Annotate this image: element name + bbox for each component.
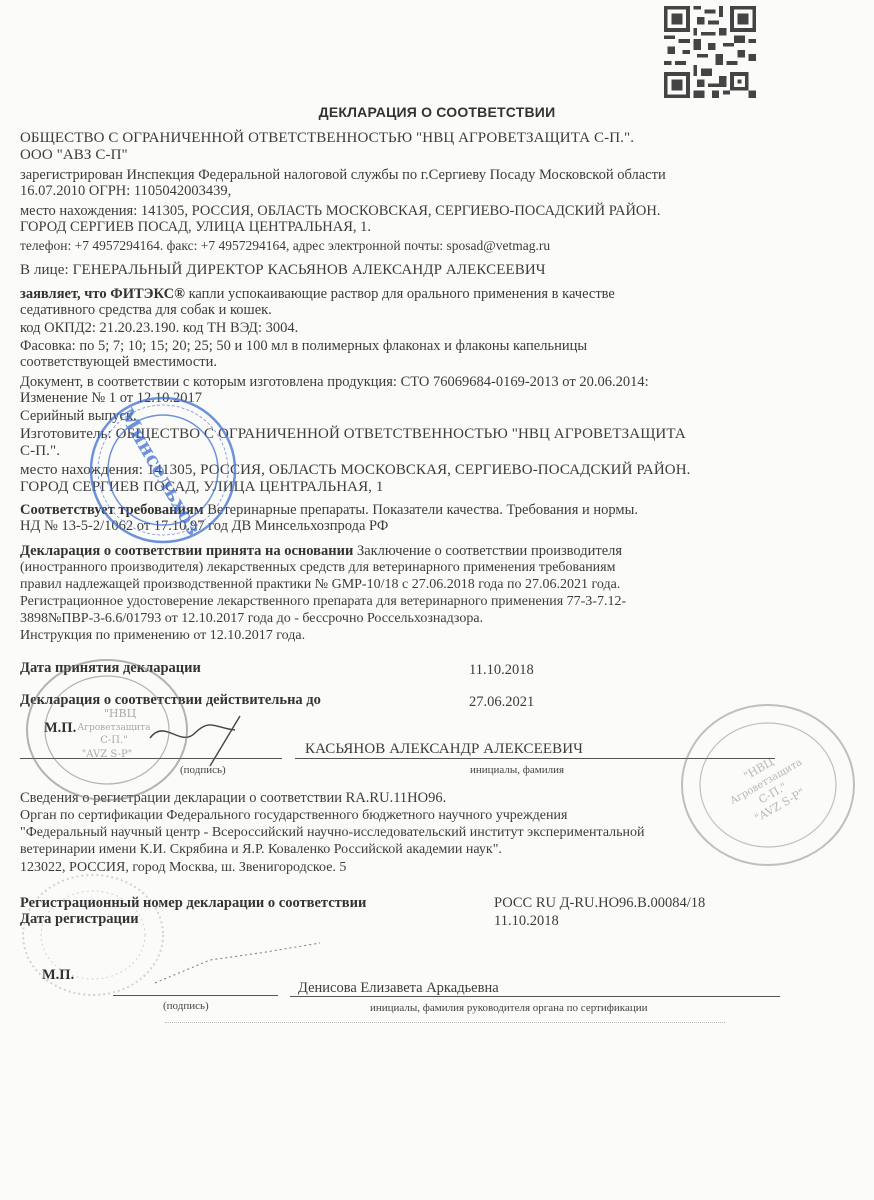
product-packaging: Фасовка: по 5; 7; 10; 15; 20; 25; 50 и 1… (20, 338, 587, 354)
conformity-basis-2: (иностранного производителя) лекарственн… (20, 560, 615, 576)
conformity-basis-5: 3898№ПВР-3-6.6/01793 от 12.10.2017 года … (20, 611, 483, 627)
product-codes: код ОКПД2: 21.20.23.190. код ТН ВЭД: 300… (20, 320, 298, 336)
conformity-basis: Декларация о соответствии принята на осн… (20, 543, 622, 559)
certifier-signature-caption: (подпись) (163, 998, 209, 1014)
certifier-name-caption: инициалы, фамилия руководителя органа по… (370, 1000, 647, 1016)
applicant-short-name: ООО "АВЗ С-П" (20, 147, 128, 163)
conformity-basis-3: правил надлежащей производственной практ… (20, 577, 620, 593)
product-purpose: седативного средства для собак и кошек. (20, 302, 272, 318)
applicant-address-cont: ГОРОД СЕРГИЕВ ПОСАД, УЛИЦА ЦЕНТРАЛЬНАЯ, … (20, 219, 371, 235)
registration-number-value: РОСС RU Д-RU.НО96.В.00084/18 (494, 895, 705, 911)
conformity-basis-4: Регистрационное удостоверение лекарствен… (20, 594, 626, 610)
conformity-basis-6: Инструкция по применению от 12.10.2017 г… (20, 628, 305, 644)
manufacturer-cont: С-П.". (20, 443, 60, 459)
blue-seal-stamp-icon: Минсельхоз (88, 395, 238, 545)
certification-body: Орган по сертификации Федерального госуд… (20, 808, 567, 824)
certifier-name-line (290, 996, 780, 997)
svg-text:"AVZ S-P": "AVZ S-P" (82, 749, 133, 760)
valid-until-value: 27.06.2021 (469, 694, 534, 710)
certifier-name: Денисова Елизавета Аркадьевна (298, 980, 499, 996)
product-declaration: заявляет, что ФИТЭКС® капли успокаивающи… (20, 286, 615, 302)
svg-text:Агроветзащита: Агроветзащита (77, 723, 151, 733)
certifier-seal-stamp-icon (18, 870, 168, 1000)
applicant-ogrn: 16.07.2010 ОГРН: 1105042003439, (20, 183, 231, 199)
applicant-seal-stamp-left-icon: "НВЦ Агроветзащита С-П." "AVZ S-P" (22, 655, 192, 805)
svg-text:С-П.": С-П." (100, 735, 128, 746)
document-title: ДЕКЛАРАЦИЯ О СООТВЕТСТВИИ (0, 104, 874, 120)
registration-date-value: 11.10.2018 (494, 913, 559, 929)
complies-rest: Ветеринарные препараты. Показатели качес… (204, 502, 638, 518)
certifier-signature-icon (150, 935, 330, 985)
adoption-date-value: 11.10.2018 (469, 662, 534, 678)
scan-artifact-dots (165, 1022, 725, 1024)
applicant-representative: В лице: ГЕНЕРАЛЬНЫЙ ДИРЕКТОР КАСЬЯНОВ АЛ… (20, 262, 546, 278)
declares-bold: заявляет, что ФИТЭКС® (20, 286, 185, 302)
basis-bold: Декларация о соответствии принята на осн… (20, 543, 353, 559)
declares-rest: капли успокаивающие раствор для оральног… (185, 286, 615, 302)
applicant-name-caption: инициалы, фамилия (470, 762, 564, 778)
applicant-registration: зарегистрирован Инспекция Федеральной на… (20, 167, 666, 183)
applicant-address: место нахождения: 141305, РОССИЯ, ОБЛАСТ… (20, 203, 661, 219)
applicant-name: ОБЩЕСТВО С ОГРАНИЧЕННОЙ ОТВЕТСТВЕННОСТЬЮ… (20, 130, 634, 146)
applicant-contacts: телефон: +7 4957294164. факс: +7 4957294… (20, 238, 550, 254)
certification-body-2: "Федеральный научный центр - Всероссийск… (20, 825, 645, 841)
applicant-signer-name: КАСЬЯНОВ АЛЕКСАНДР АЛЕКСЕЕВИЧ (305, 741, 583, 757)
product-packaging-cont: соответствующей вместимости. (20, 354, 217, 370)
declaration-page: ДЕКЛАРАЦИЯ О СООТВЕТСТВИИ ОБЩЕСТВО С ОГР… (0, 0, 874, 1200)
basis-rest: Заключение о соответствии производителя (353, 543, 622, 559)
qr-code-icon (664, 6, 756, 98)
product-standard: Документ, в соответствии с которым изгот… (20, 374, 649, 390)
applicant-seal-stamp-right-icon: "НВЦ Агроветзащита С-П." "AVZ S-P" (678, 700, 858, 870)
certification-body-3: ветеринарии имени К.И. Скрябина и Я.Р. К… (20, 842, 502, 858)
svg-text:"НВЦ: "НВЦ (104, 707, 137, 720)
